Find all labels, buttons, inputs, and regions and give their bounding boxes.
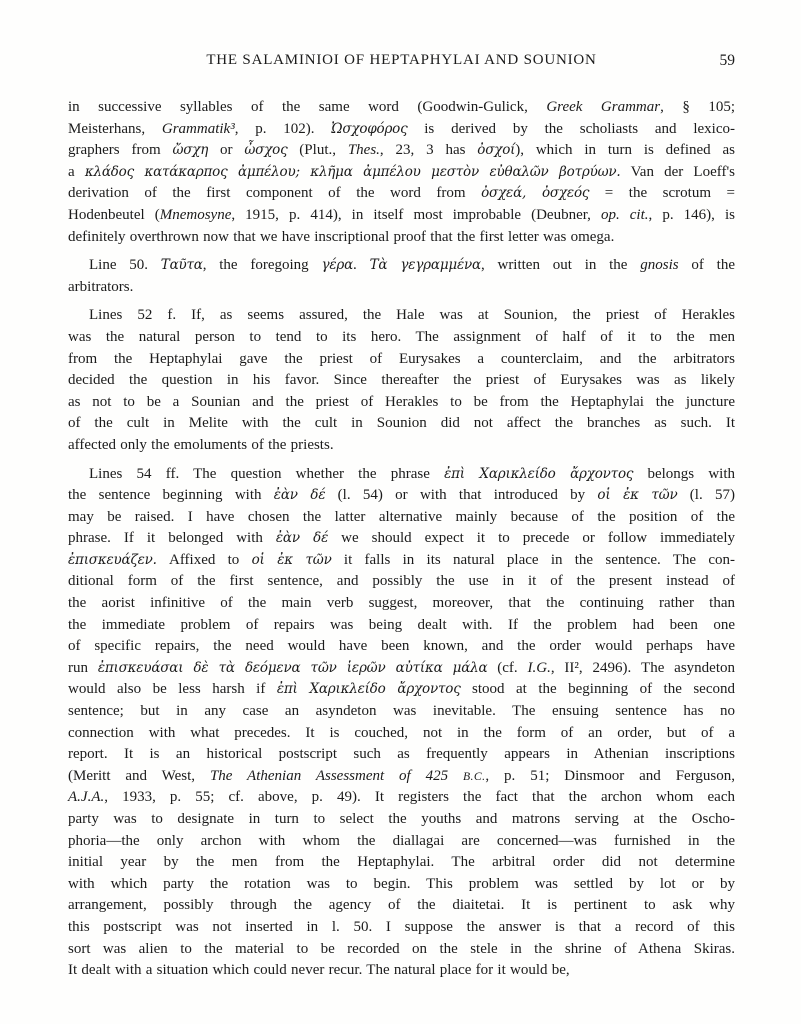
- text-line: A.J.A., 1933, p. 55; cf. above, p. 49). …: [68, 787, 735, 809]
- text-run: Lines 54 ff. The question whether the ph…: [68, 466, 444, 482]
- text-run: phoria—the only archon with whom the dia…: [68, 833, 735, 849]
- text-run: = the scrotum =: [589, 185, 735, 201]
- text-line: (Meritt and West, The Athenian Assessmen…: [68, 766, 735, 788]
- text-run: arrangement, possibly through the agency…: [68, 897, 735, 913]
- text-run: may be raised. I have chosen the latter …: [68, 509, 735, 525]
- text-run: in successive syllables of the same word…: [68, 99, 546, 115]
- greek-text-run: ἐπὶ Χαρικλείδο ἄρχοντος: [277, 681, 461, 697]
- text-run: (cf.: [487, 660, 527, 676]
- text-line: ditional form of the first sentence, and…: [68, 571, 735, 593]
- text-run: of specific repairs, the need would have…: [68, 638, 735, 654]
- greek-text-run: γέρα: [321, 257, 353, 273]
- text-line: was the natural person to tend to its he…: [68, 327, 735, 349]
- text-run: with which party the rotation was to beg…: [68, 876, 735, 892]
- text-line: of specific repairs, the need would have…: [68, 636, 735, 658]
- text-run: party was to designate in turn to select…: [68, 811, 735, 827]
- text-run: this postscript was not inserted in l. 5…: [68, 919, 735, 935]
- text-line: with which party the rotation was to beg…: [68, 874, 735, 896]
- italic-text-run: A.J.A.: [68, 789, 104, 805]
- text-run: connection with what precedes. It is cou…: [68, 725, 735, 741]
- text-run: of the cult in Melite with the cult in S…: [68, 415, 735, 431]
- page-title: THE SALAMINIOI OF HEPTAPHYLAI AND SOUNIO…: [68, 52, 735, 69]
- text-run: belongs with: [633, 466, 735, 482]
- text-line: Lines 52 f. If, as seems assured, the Ha…: [68, 305, 735, 327]
- text-run: Lines 52 f. If, as seems assured, the Ha…: [68, 307, 735, 323]
- greek-text-run: ὤσχη: [172, 142, 208, 158]
- text-run: phrase. If it belonged with: [68, 530, 276, 546]
- greek-text-run: ὀσχεά, ὀσχεός: [481, 185, 589, 201]
- greek-text-run: Τὰ γεγραμμένα: [370, 257, 481, 273]
- text-run: .: [353, 257, 370, 273]
- text-run: , § 105;: [660, 99, 735, 115]
- greek-text-run: ὀσχοί: [477, 142, 515, 158]
- italic-text-run: gnosis: [640, 257, 678, 273]
- text-line: party was to designate in turn to select…: [68, 809, 735, 831]
- italic-text-run: B.C.: [463, 770, 485, 783]
- text-line: arbitrators.: [68, 277, 735, 299]
- paragraph-2: Line 50. Ταῦτα, the foregoing γέρα. Τὰ γ…: [68, 255, 735, 298]
- paragraph-1: in successive syllables of the same word…: [68, 97, 735, 248]
- text-line: arrangement, possibly through the agency…: [68, 895, 735, 917]
- text-line: initial year by the men from the Heptaph…: [68, 852, 735, 874]
- text-run: (l. 54) or with that introduced by: [325, 487, 597, 503]
- text-run: the immediate problem of repairs was bei…: [68, 617, 735, 633]
- greek-text-run: ἐὰν δέ: [276, 530, 328, 546]
- text-line: decided the question in his favor. Since…: [68, 370, 735, 392]
- text-line: as not to be a Sounian and the priest of…: [68, 392, 735, 414]
- text-run: affected only the emoluments of the prie…: [68, 437, 334, 453]
- text-run: Meisterhans,: [68, 121, 162, 137]
- text-run: the aorist infinitive of the main verb s…: [68, 595, 735, 611]
- text-run: run: [68, 660, 98, 676]
- text-line: Lines 54 ff. The question whether the ph…: [68, 464, 735, 486]
- text-line: run ἐπισκευάσαι δὲ τὰ δεόμενα τῶν ἱερῶν …: [68, 658, 735, 680]
- text-run: a: [68, 164, 85, 180]
- document-page: THE SALAMINIOI OF HEPTAPHYLAI AND SOUNIO…: [0, 0, 801, 1024]
- italic-text-run: op. cit.: [601, 207, 649, 223]
- text-line: affected only the emoluments of the prie…: [68, 435, 735, 457]
- text-run: it falls in its natural place in the sen…: [332, 552, 735, 568]
- italic-text-run: Mnemosyne: [160, 207, 232, 223]
- greek-text-run: ἐπὶ Χαρικλείδο ἄρχοντος: [444, 466, 633, 482]
- greek-text-run: οἱ ἐκ τῶν: [597, 487, 677, 503]
- text-line: the aorist infinitive of the main verb s…: [68, 593, 735, 615]
- text-line: ἐπισκευάζεν. Affixed to οἱ ἐκ τῶν it fal…: [68, 550, 735, 572]
- italic-text-run: Thes.: [348, 142, 380, 158]
- text-line: phoria—the only archon with whom the dia…: [68, 831, 735, 853]
- text-run: the sentence beginning with: [68, 487, 274, 503]
- text-line: may be raised. I have chosen the latter …: [68, 507, 735, 529]
- text-run: arbitrators.: [68, 279, 133, 295]
- greek-text-run: ὦσχος: [244, 142, 287, 158]
- text-run: or: [208, 142, 244, 158]
- text-line: definitely overthrown now that we have i…: [68, 227, 735, 249]
- italic-text-run: The Athenian Assessment of 425: [210, 768, 463, 784]
- text-run: of the: [679, 257, 735, 273]
- greek-text-run: ἐὰν δέ: [274, 487, 326, 503]
- greek-text-run: οἱ ἐκ τῶν: [252, 552, 332, 568]
- text-line: sort was alien to the material to be rec…: [68, 939, 735, 961]
- text-run: Line 50.: [68, 257, 161, 273]
- text-run: initial year by the men from the Heptaph…: [68, 854, 735, 870]
- greek-text-run: ἐπισκευάσαι δὲ τὰ δεόμενα τῶν ἱερῶν αὐτί…: [98, 660, 488, 676]
- text-run: Affixed to: [157, 552, 252, 568]
- text-line: graphers from ὤσχη or ὦσχος (Plut., Thes…: [68, 140, 735, 162]
- text-run: would also be less harsh if: [68, 681, 277, 697]
- greek-text-run: κλάδος κατάκαρπος ἀμπέλου; κλῆμα ἀμπέλου…: [85, 164, 621, 180]
- paragraph-3: Lines 52 f. If, as seems assured, the Ha…: [68, 305, 735, 456]
- italic-text-run: I.G.: [528, 660, 551, 676]
- text-run: stood at the beginning of the second: [461, 681, 735, 697]
- text-run: , written out in the: [481, 257, 640, 273]
- text-run: Hodenbeutel (: [68, 207, 160, 223]
- text-run: , p. 51; Dinsmoor and Ferguson,: [485, 768, 735, 784]
- text-run: , II², 2496). The asyndeton: [551, 660, 735, 676]
- paragraph-4: Lines 54 ff. The question whether the ph…: [68, 464, 735, 982]
- text-run: ), which in turn is defined as: [515, 142, 735, 158]
- text-line: Meisterhans, Grammatik³, p. 102). Ὠσχοφό…: [68, 119, 735, 141]
- text-run: (l. 57): [678, 487, 736, 503]
- text-line: the immediate problem of repairs was bei…: [68, 615, 735, 637]
- greek-text-run: Ταῦτα: [161, 257, 203, 273]
- text-run: report. It is an historical postscript s…: [68, 746, 735, 762]
- text-line: derivation of the first component of the…: [68, 183, 735, 205]
- text-run: , 1915, p. 414), in itself most improbab…: [231, 207, 601, 223]
- text-run: sort was alien to the material to be rec…: [68, 941, 735, 957]
- text-run: sentence; but in any case an asyndeton w…: [68, 703, 735, 719]
- text-run: from the Heptaphylai gave the priest of …: [68, 351, 735, 367]
- text-line: of the cult in Melite with the cult in S…: [68, 413, 735, 435]
- text-run: , 23, 3 has: [380, 142, 477, 158]
- text-line: sentence; but in any case an asyndeton w…: [68, 701, 735, 723]
- text-run: (Meritt and West,: [68, 768, 210, 784]
- italic-text-run: Grammatik³: [162, 121, 235, 137]
- text-run: graphers from: [68, 142, 172, 158]
- text-line: phrase. If it belonged with ἐὰν δέ we sh…: [68, 528, 735, 550]
- text-line: report. It is an historical postscript s…: [68, 744, 735, 766]
- text-run: we should expect it to precede or follow…: [328, 530, 735, 546]
- greek-text-run: ἐπισκευάζεν.: [68, 552, 157, 568]
- text-line: connection with what precedes. It is cou…: [68, 723, 735, 745]
- text-run: definitely overthrown now that we have i…: [68, 229, 614, 245]
- text-run: (Plut.,: [287, 142, 347, 158]
- text-line: from the Heptaphylai gave the priest of …: [68, 349, 735, 371]
- article-body: in successive syllables of the same word…: [68, 97, 735, 982]
- text-line: the sentence beginning with ἐὰν δέ (l. 5…: [68, 485, 735, 507]
- text-run: is derived by the scholiasts and lexico-: [407, 121, 735, 137]
- text-line: Line 50. Ταῦτα, the foregoing γέρα. Τὰ γ…: [68, 255, 735, 277]
- text-line: would also be less harsh if ἐπὶ Χαρικλεί…: [68, 679, 735, 701]
- text-line: this postscript was not inserted in l. 5…: [68, 917, 735, 939]
- text-run: as not to be a Sounian and the priest of…: [68, 394, 735, 410]
- text-run: derivation of the first component of the…: [68, 185, 481, 201]
- text-run: , p. 146), is: [649, 207, 735, 223]
- text-line: It dealt with a situation which could ne…: [68, 960, 735, 982]
- text-run: It dealt with a situation which could ne…: [68, 962, 570, 978]
- text-line: Hodenbeutel (Mnemosyne, 1915, p. 414), i…: [68, 205, 735, 227]
- text-run: decided the question in his favor. Since…: [68, 372, 735, 388]
- text-run: , the foregoing: [203, 257, 322, 273]
- text-run: , p. 102).: [235, 121, 332, 137]
- running-head: THE SALAMINIOI OF HEPTAPHYLAI AND SOUNIO…: [68, 52, 735, 72]
- text-run: , 1933, p. 55; cf. above, p. 49). It reg…: [104, 789, 735, 805]
- page-number: 59: [720, 52, 736, 70]
- greek-text-run: Ὠσχοφόρος: [331, 121, 407, 137]
- text-run: Van der Loeff's: [620, 164, 735, 180]
- text-run: ditional form of the first sentence, and…: [68, 573, 735, 589]
- text-line: in successive syllables of the same word…: [68, 97, 735, 119]
- italic-text-run: Greek Grammar: [546, 99, 660, 115]
- text-run: was the natural person to tend to its he…: [68, 329, 735, 345]
- text-line: a κλάδος κατάκαρπος ἀμπέλου; κλῆμα ἀμπέλ…: [68, 162, 735, 184]
